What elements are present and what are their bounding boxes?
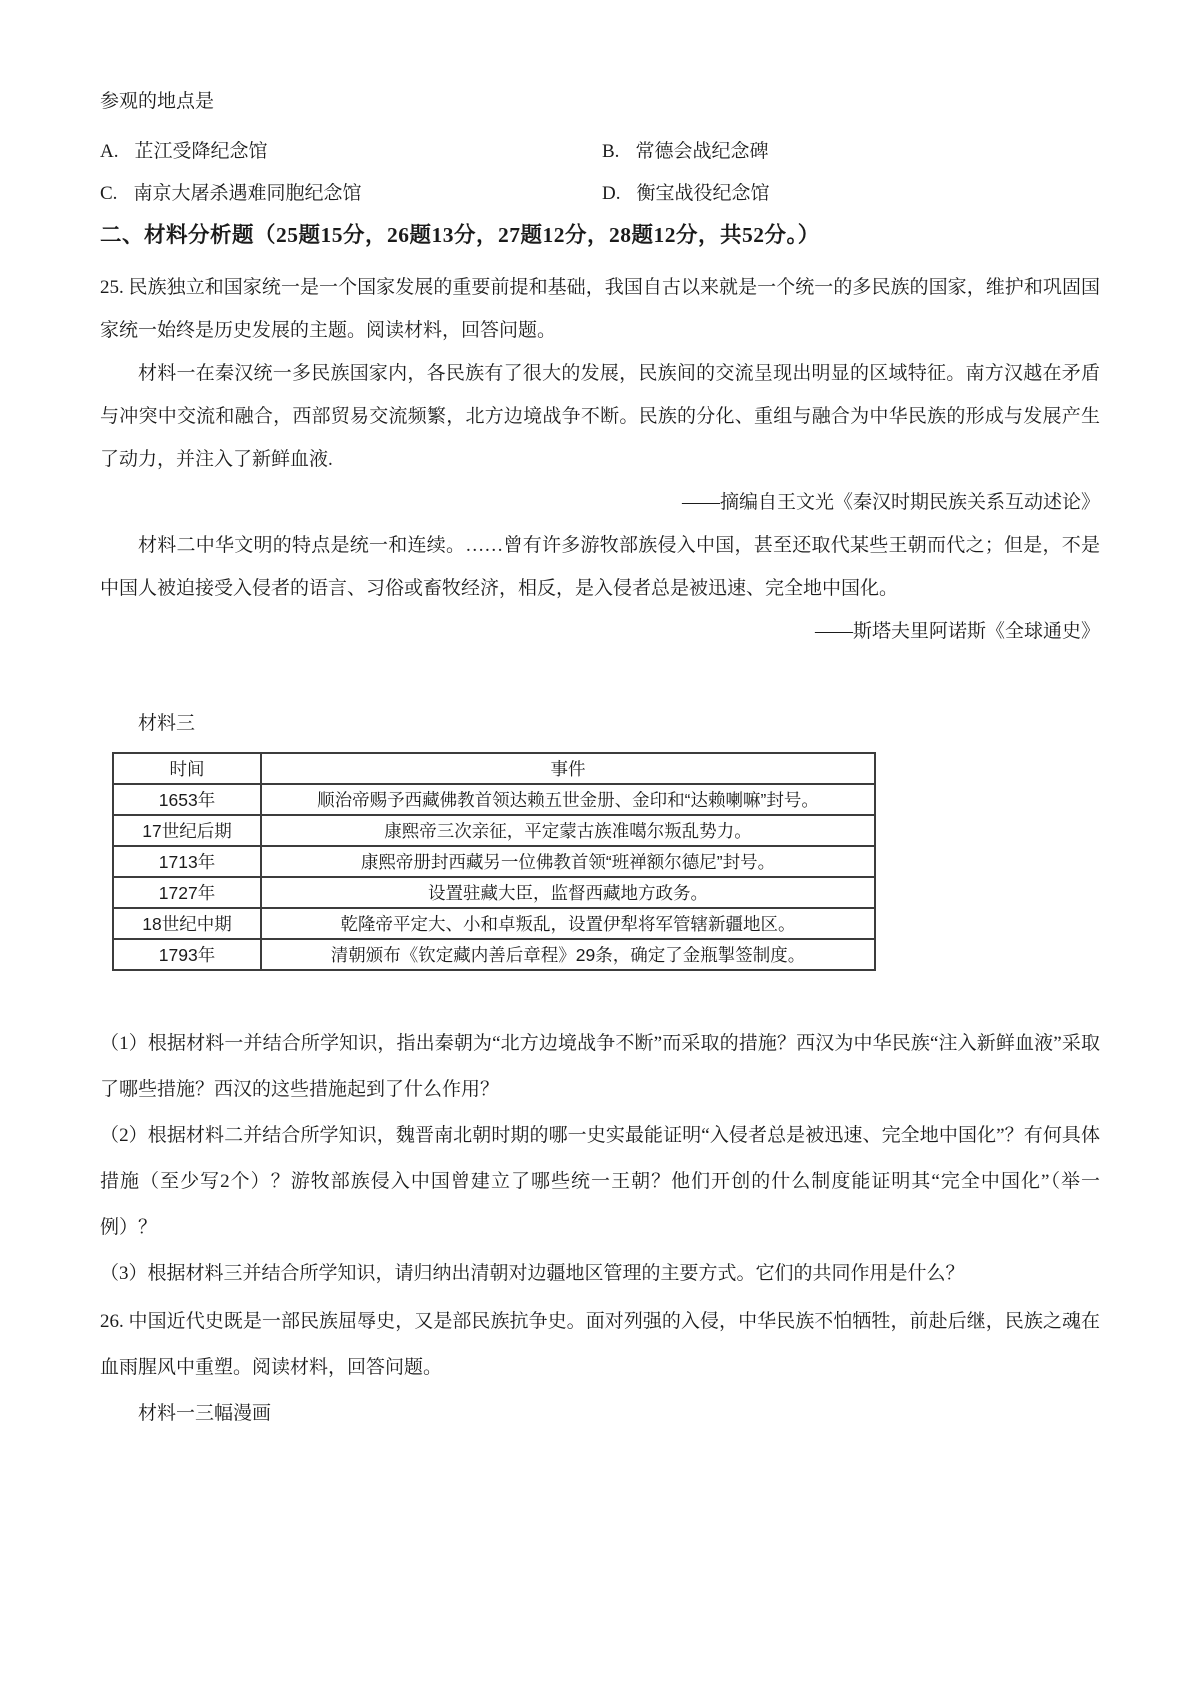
option-b: B.常德会战纪念碑 bbox=[602, 140, 1100, 164]
option-b-letter: B. bbox=[602, 140, 619, 164]
table-row: 1727年 设置驻藏大臣，监督西藏地方政务。 bbox=[113, 877, 875, 908]
option-c: C.南京大屠杀遇难同胞纪念馆 bbox=[100, 182, 602, 206]
option-a-label: 芷江受降纪念馆 bbox=[134, 141, 267, 162]
sub-question-2: （2）根据材料二并结合所学知识，魏晋南北朝时期的哪一史实最能证明“入侵者总是被迅… bbox=[100, 1113, 1100, 1251]
option-d-letter: D. bbox=[602, 182, 620, 206]
question-26: 26. 中国近代史既是一部民族屈辱史，又是部民族抗争史。面对列强的入侵，中华民族… bbox=[100, 1299, 1100, 1427]
table-cell-event: 顺治帝赐予西藏佛教首领达赖五世金册、金印和“达赖喇嘛”封号。 bbox=[261, 784, 875, 815]
table-cell-time: 17世纪后期 bbox=[113, 815, 261, 846]
table-row: 1713年 康熙帝册封西藏另一位佛教首领“班禅额尔德尼”封号。 bbox=[113, 846, 875, 877]
question-25-material-3-label: 材料三 bbox=[100, 711, 1100, 737]
sub-question-1: （1）根据材料一并结合所学知识，指出秦朝为“北方边境战争不断”而采取的措施？西汉… bbox=[100, 1021, 1100, 1113]
table-header-time: 时间 bbox=[113, 753, 261, 784]
option-b-label: 常德会战纪念碑 bbox=[635, 141, 768, 162]
section-two-header: 二、材料分析题（25题15分，26题13分，27题12分，28题12分，共52分… bbox=[100, 222, 1100, 248]
table-cell-time: 1793年 bbox=[113, 939, 261, 970]
question-25-material-2: 材料二中华文明的特点是统一和连续。……曾有许多游牧部族侵入中国，甚至还取代某些王… bbox=[100, 524, 1100, 610]
table-cell-event: 乾隆帝平定大、小和卓叛乱，设置伊犁将军管辖新疆地区。 bbox=[261, 908, 875, 939]
table-row: 1653年 顺治帝赐予西藏佛教首领达赖五世金册、金印和“达赖喇嘛”封号。 bbox=[113, 784, 875, 815]
sub-question-3: （3）根据材料三并结合所学知识，请归纳出清朝对边疆地区管理的主要方式。它们的共同… bbox=[100, 1251, 1100, 1297]
table-row: 1793年 清朝颁布《钦定藏内善后章程》29条，确定了金瓶掣签制度。 bbox=[113, 939, 875, 970]
option-a: A.芷江受降纪念馆 bbox=[100, 140, 602, 164]
table-header-row: 时间 事件 bbox=[113, 753, 875, 784]
table-cell-event: 清朝颁布《钦定藏内善后章程》29条，确定了金瓶掣签制度。 bbox=[261, 939, 875, 970]
table-cell-time: 1727年 bbox=[113, 877, 261, 908]
table-row: 17世纪后期 康熙帝三次亲征，平定蒙古族准噶尔叛乱势力。 bbox=[113, 815, 875, 846]
option-c-letter: C. bbox=[100, 182, 117, 206]
table-row: 18世纪中期 乾隆帝平定大、小和卓叛乱，设置伊犁将军管辖新疆地区。 bbox=[113, 908, 875, 939]
question-25-material-2-source: ——斯塔夫里阿诺斯《全球通史》 bbox=[100, 610, 1100, 653]
question-24-options: A.芷江受降纪念馆 B.常德会战纪念碑 C.南京大屠杀遇难同胞纪念馆 D.衡宝战… bbox=[100, 140, 1100, 206]
exam-page: 参观的地点是 A.芷江受降纪念馆 B.常德会战纪念碑 C.南京大屠杀遇难同胞纪念… bbox=[0, 0, 1200, 1427]
table-cell-event: 康熙帝册封西藏另一位佛教首领“班禅额尔德尼”封号。 bbox=[261, 846, 875, 877]
material-3-table: 时间 事件 1653年 顺治帝赐予西藏佛教首领达赖五世金册、金印和“达赖喇嘛”封… bbox=[112, 752, 876, 971]
option-d-label: 衡宝战役纪念馆 bbox=[636, 183, 769, 204]
option-c-label: 南京大屠杀遇难同胞纪念馆 bbox=[133, 183, 361, 204]
table-cell-time: 1653年 bbox=[113, 784, 261, 815]
option-d: D.衡宝战役纪念馆 bbox=[602, 182, 1100, 206]
question-26-intro: 26. 中国近代史既是一部民族屈辱史，又是部民族抗争史。面对列强的入侵，中华民族… bbox=[100, 1299, 1100, 1391]
table-cell-event: 设置驻藏大臣，监督西藏地方政务。 bbox=[261, 877, 875, 908]
table-cell-event: 康熙帝三次亲征，平定蒙古族准噶尔叛乱势力。 bbox=[261, 815, 875, 846]
question-25-sub-questions: （1）根据材料一并结合所学知识，指出秦朝为“北方边境战争不断”而采取的措施？西汉… bbox=[100, 1021, 1100, 1297]
table-header-event: 事件 bbox=[261, 753, 875, 784]
table-cell-time: 1713年 bbox=[113, 846, 261, 877]
option-a-letter: A. bbox=[100, 140, 118, 164]
question-25-intro: 25. 民族独立和国家统一是一个国家发展的重要前提和基础，我国自古以来就是一个统… bbox=[100, 266, 1100, 352]
question-26-material-1-label: 材料一三幅漫画 bbox=[100, 1401, 1100, 1427]
table-cell-time: 18世纪中期 bbox=[113, 908, 261, 939]
question-25-material-1-source: ——摘编自王文光《秦汉时期民族关系互动述论》 bbox=[100, 481, 1100, 524]
question-24-stem-tail: 参观的地点是 bbox=[100, 90, 1100, 114]
question-25-material-1: 材料一在秦汉统一多民族国家内，各民族有了很大的发展，民族间的交流呈现出明显的区域… bbox=[100, 352, 1100, 481]
